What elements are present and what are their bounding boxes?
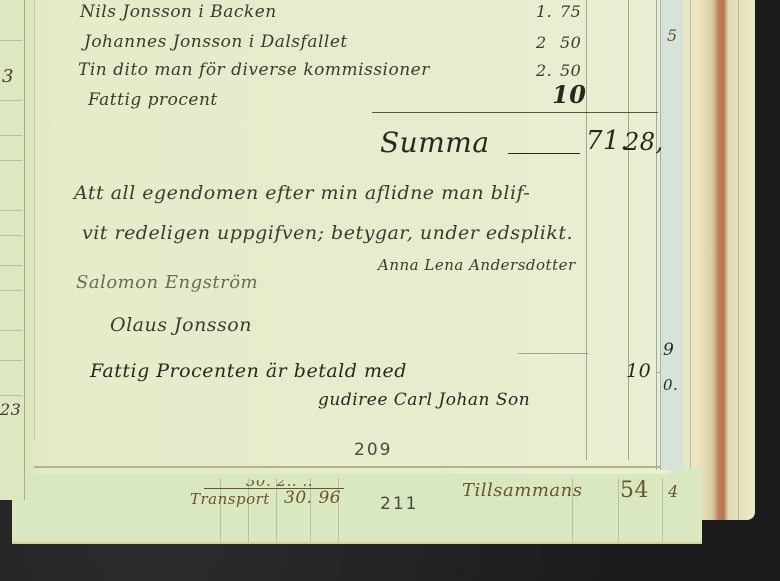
transport-amount: 30. 96: [284, 488, 341, 508]
page-number-209: 209: [354, 440, 392, 460]
right-margin-strip: 5 9 0.: [660, 0, 683, 470]
left-page-margin: 3 23: [0, 0, 25, 500]
entry-description: Nils Jonsson i Backen: [80, 2, 277, 22]
summa-label: Summa: [380, 126, 490, 159]
entry-kronor: 2.: [536, 61, 552, 80]
poor-fund-signer: gudiree Carl Johan Son: [318, 390, 530, 410]
entry-ore: 10: [552, 80, 586, 109]
entry-ore: 50: [560, 33, 581, 52]
right-margin-mark-top: 5: [667, 26, 678, 45]
summa-kronor: 71.: [586, 126, 629, 156]
entry-kronor: 2: [536, 33, 547, 52]
page-number-211: 211: [380, 494, 418, 514]
summa-ore: 28,: [624, 128, 664, 156]
entry-description: Fattig procent: [88, 90, 218, 110]
left-margin-mark-bottom: 23: [0, 400, 21, 419]
oath-line-2: vit redeligen uppgifven; betygar, under …: [82, 222, 573, 244]
oath-line-1: Att all egendomen efter min aflidne man …: [74, 182, 530, 204]
total-amount: 54: [620, 478, 649, 503]
poor-fund-amount: 10: [626, 360, 651, 382]
witness-signature: Salomon Engström: [76, 272, 258, 293]
right-margin-mark-mid-2: 0.: [663, 376, 678, 394]
entry-ore: 75: [560, 2, 581, 21]
entry-description: Johannes Jonsson i Dalsfallet: [84, 32, 348, 52]
lower-page-211: [12, 468, 702, 544]
witness-signature: Olaus Jonsson: [110, 314, 252, 336]
left-margin-mark-top: 3: [2, 66, 14, 87]
total-fraction: 4: [668, 482, 679, 501]
poor-fund-text: Fattig Procenten är betald med: [90, 360, 407, 382]
transport-label: Transport: [190, 490, 270, 508]
entry-ore: 50: [560, 61, 581, 80]
widow-signature: Anna Lena Andersdotter: [378, 256, 576, 274]
total-label: Tillsammans: [462, 480, 582, 501]
entry-kronor: 1.: [536, 2, 552, 21]
entry-description: Tin dito man för diverse kommissioner: [78, 60, 430, 80]
right-margin-mark-mid-1: 9: [663, 340, 674, 360]
